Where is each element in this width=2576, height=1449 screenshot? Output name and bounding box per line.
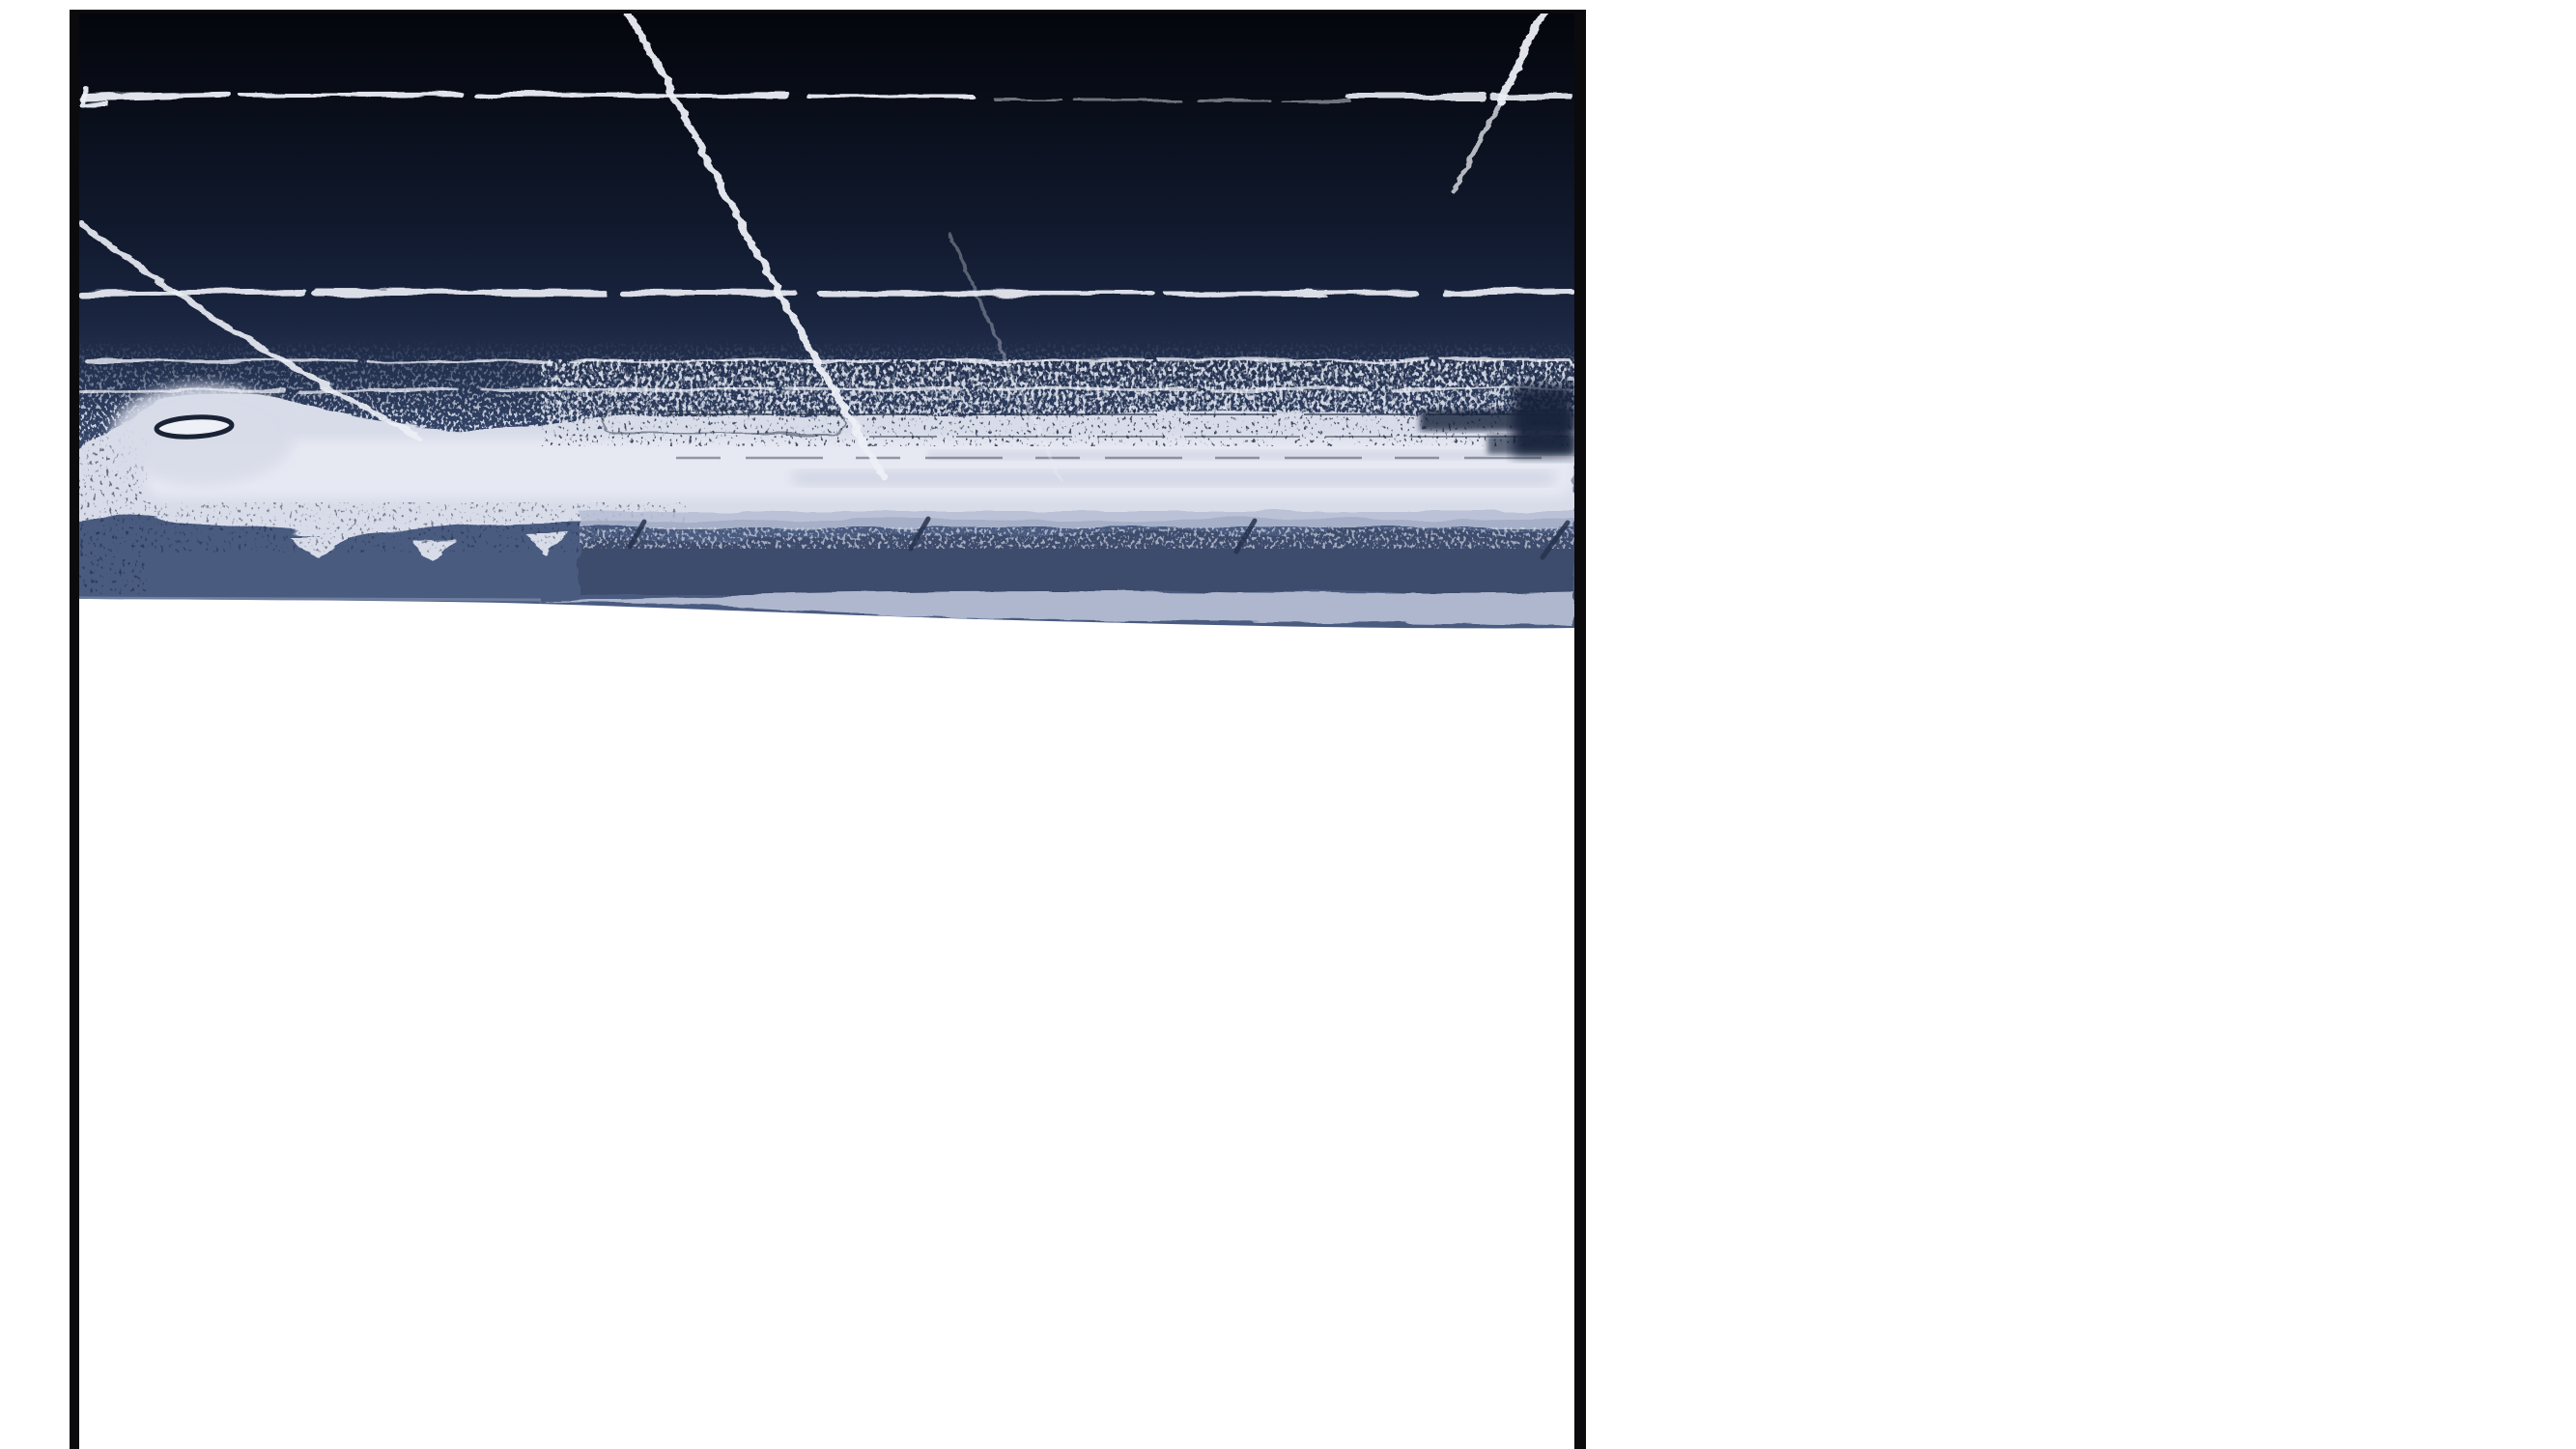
gray-smudge [792,470,1555,486]
right-edge-dark-streak [1420,410,1574,431]
panel-artwork [79,6,1574,630]
scratch-line-lower-1 [87,360,1571,361]
dark-speckles-on-band [541,400,1574,446]
brush-band-highlight [145,440,1574,497]
right-edge-dark-streak [1487,435,1574,454]
comic-page-canvas [0,0,2576,1449]
scratch-line-lower-2 [80,389,1571,390]
white-speckles-band-edge [580,527,1574,549]
panel-border-left [70,10,79,1449]
panel-border-top [70,10,1586,14]
scratch-line-top [83,95,995,98]
scratch-line-mid [82,292,1571,294]
panel-border-right [1574,10,1586,1449]
periwinkle-strip [580,511,1574,527]
comic-page [0,0,2576,1449]
